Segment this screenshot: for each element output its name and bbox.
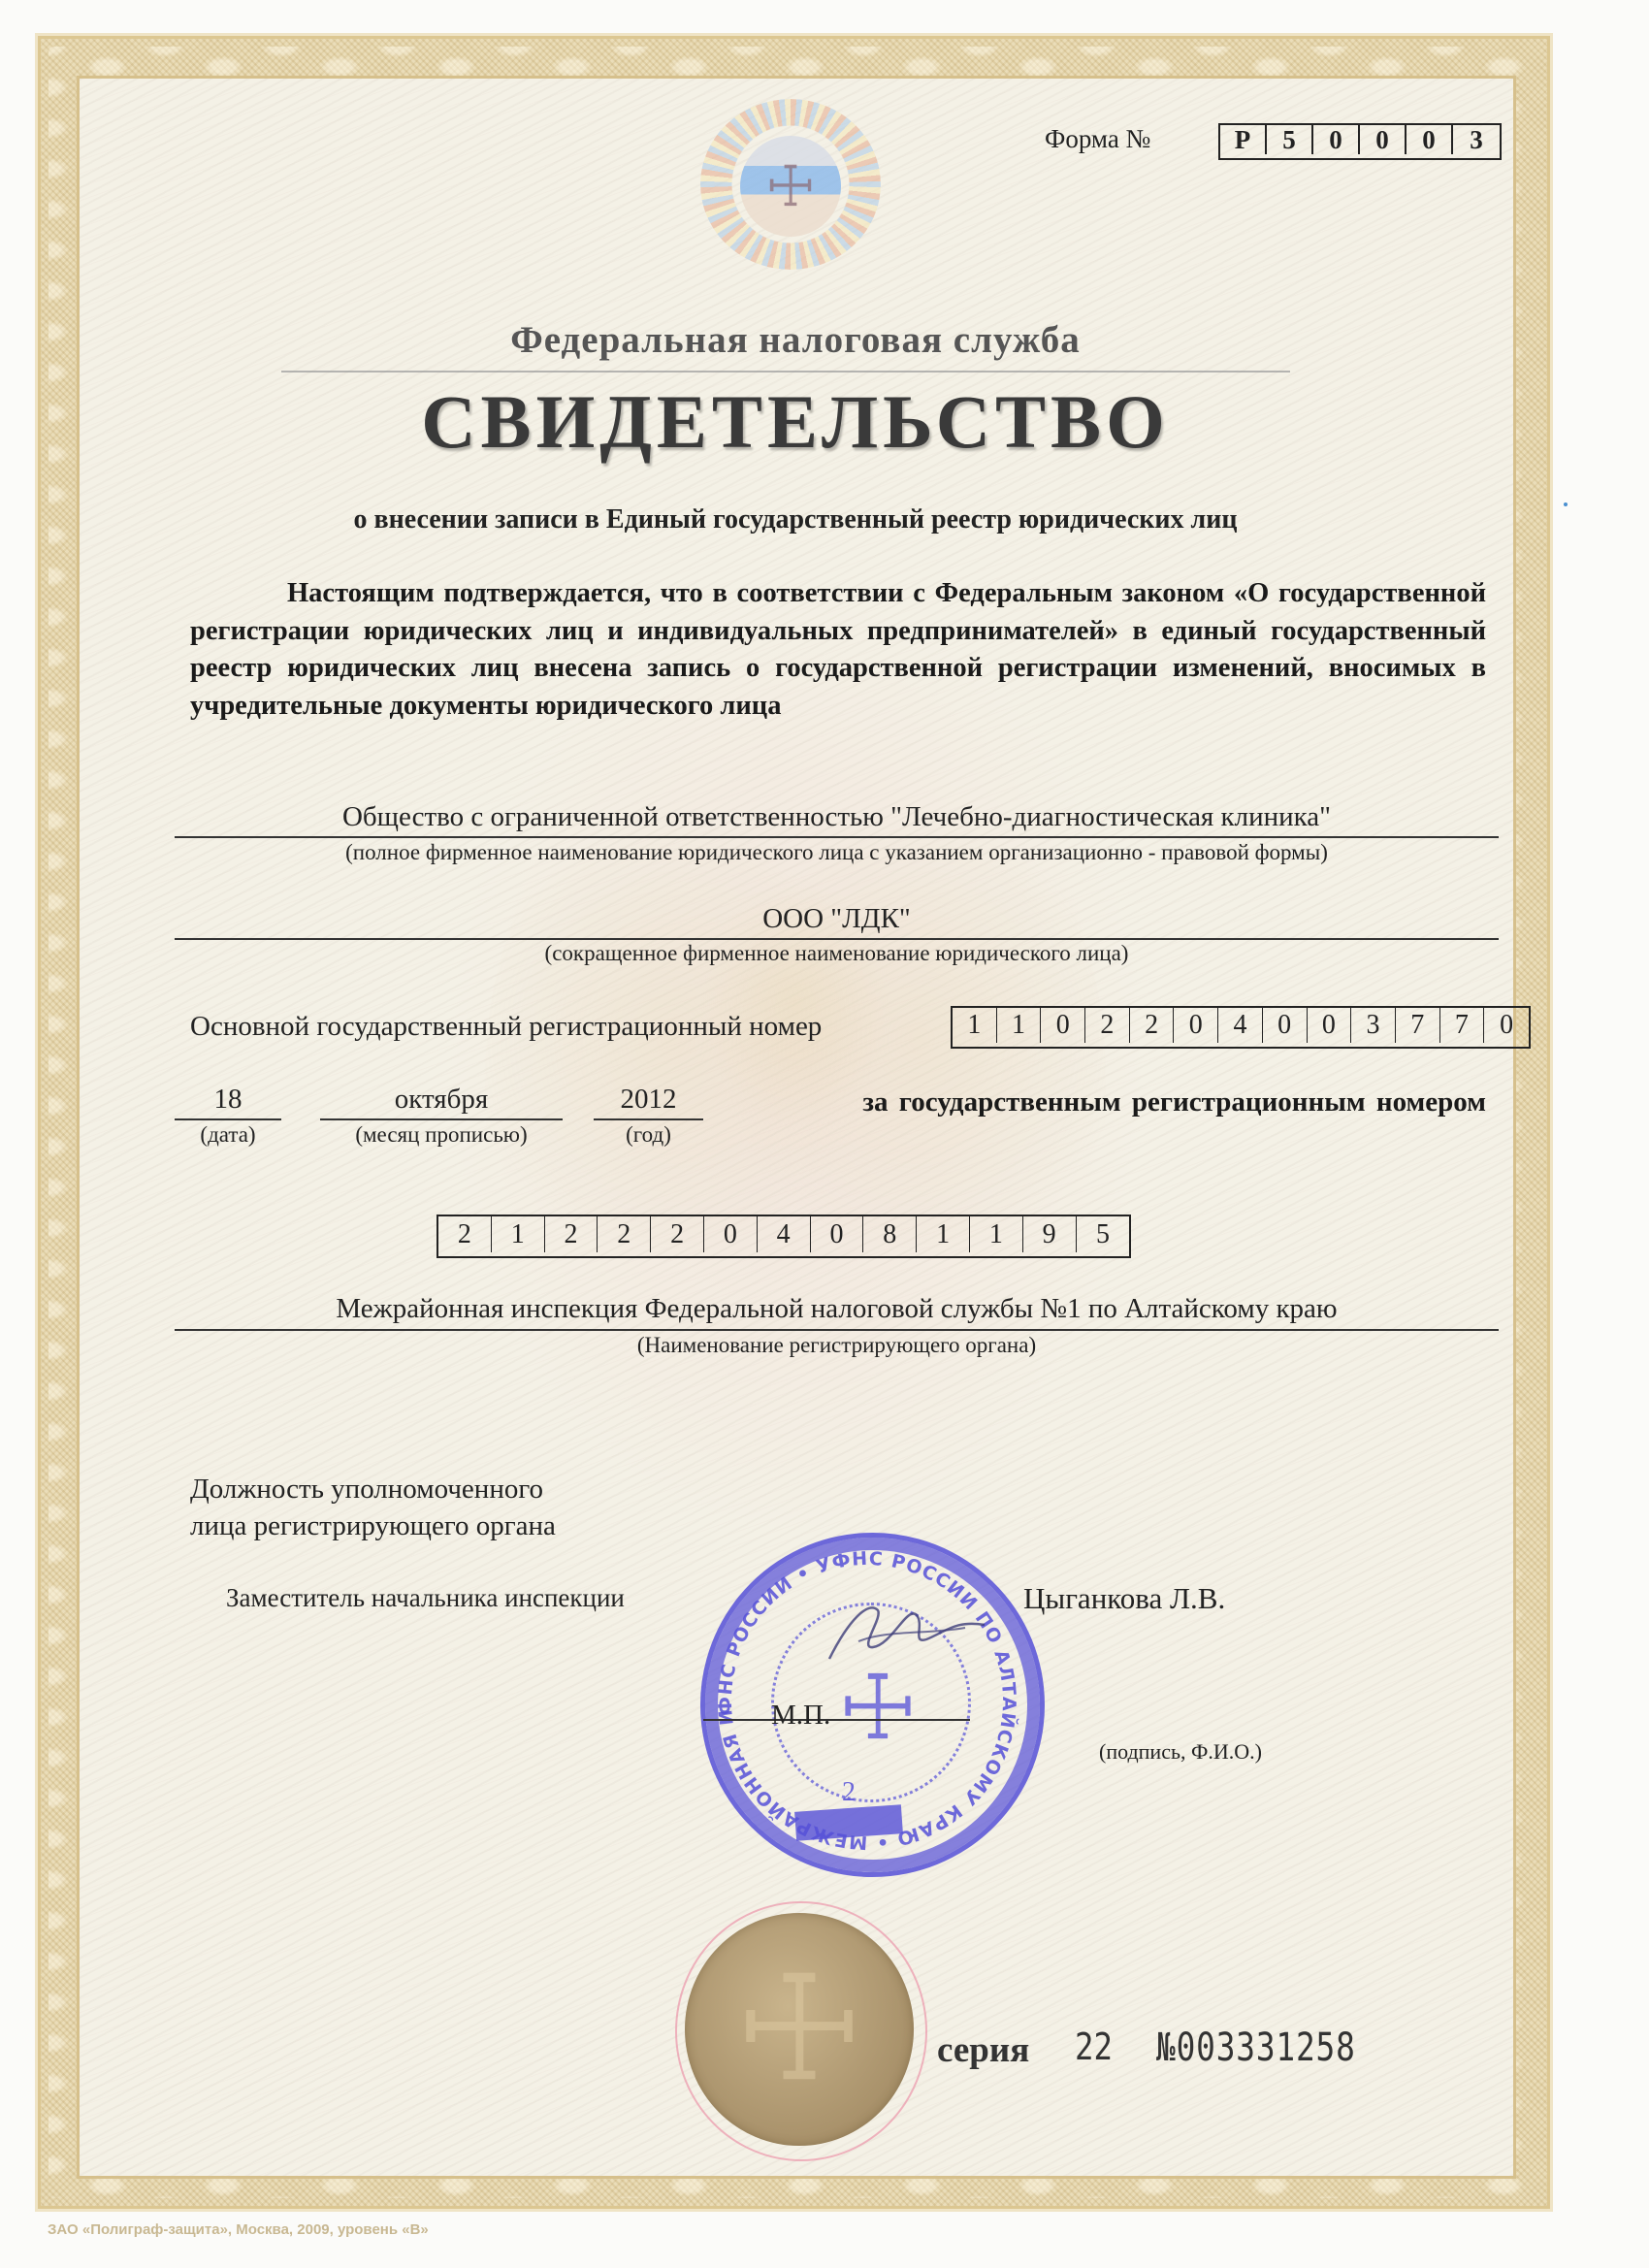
signature-line <box>703 1719 970 1721</box>
document-subtitle: о внесении записи в Единый государственн… <box>0 504 1591 535</box>
grn-digit: 0 <box>811 1216 864 1252</box>
grn-digit: 1 <box>917 1216 970 1252</box>
ogrn-number-boxes: 1102204003770 <box>951 1006 1531 1049</box>
grn-digit: 4 <box>758 1216 811 1252</box>
date-year: 2012 <box>594 1084 703 1116</box>
position-label: Должность уполномоченного лица регистрир… <box>190 1471 556 1544</box>
printer-imprint: ЗАО «Полиграф-защита», Москва, 2009, уро… <box>48 2221 429 2238</box>
position-value: Заместитель начальника инспекции <box>226 1583 625 1613</box>
series-value: 22 <box>1075 2025 1113 2068</box>
grn-digit: 2 <box>598 1216 651 1252</box>
form-number-digit: 0 <box>1406 125 1453 154</box>
authority-line <box>175 1329 1499 1331</box>
ogrn-digit: 1 <box>953 1008 997 1043</box>
ogrn-digit: 4 <box>1218 1008 1263 1043</box>
registering-authority: Межрайонная инспекция Федеральной налого… <box>175 1293 1499 1325</box>
certificate-number: №003331258 <box>1156 2025 1356 2070</box>
ogrn-digit: 0 <box>1174 1008 1218 1043</box>
agency-name: Федеральная налоговая служба <box>0 318 1591 362</box>
ogrn-digit: 0 <box>1263 1008 1308 1043</box>
seal-eagle-icon: ☩ <box>685 1913 914 2146</box>
authority-caption: (Наименование регистрирующего органа) <box>175 1333 1499 1358</box>
date-month: октября <box>320 1084 563 1116</box>
position-label-line1: Должность уполномоченного <box>190 1471 556 1507</box>
form-number-digit: 0 <box>1360 125 1406 154</box>
ogrn-digit: 1 <box>997 1008 1042 1043</box>
grn-digit: 1 <box>492 1216 545 1252</box>
form-number-boxes: Р50003 <box>1218 123 1502 160</box>
handwritten-signature <box>820 1591 994 1669</box>
ogrn-digit: 2 <box>1085 1008 1130 1043</box>
date-day: 18 <box>175 1084 281 1116</box>
coat-of-arms-icon: ☩ <box>740 136 841 237</box>
position-label-line2: лица регистрирующего органа <box>190 1507 556 1544</box>
form-number-digit: 0 <box>1313 125 1360 154</box>
month-line <box>320 1118 563 1120</box>
signature-caption: (подпись, Ф.И.О.) <box>1099 1739 1262 1765</box>
full-name-line <box>175 836 1499 838</box>
grn-digit: 2 <box>545 1216 598 1252</box>
series-label: серия <box>937 2029 1029 2071</box>
title-divider <box>281 371 1290 373</box>
short-name-line <box>175 938 1499 940</box>
entity-full-name: Общество с ограниченной ответственностью… <box>175 801 1499 833</box>
year-line <box>594 1118 703 1120</box>
month-caption: (месяц прописью) <box>320 1122 563 1148</box>
form-number-digit: Р <box>1220 125 1267 154</box>
ogrn-digit: 0 <box>1484 1008 1529 1043</box>
ogrn-digit: 0 <box>1308 1008 1352 1043</box>
short-name-caption: (сокращенное фирменное наименование юрид… <box>175 941 1499 966</box>
grn-label: за государственным регистрационным номер… <box>771 1086 1486 1118</box>
grn-digit: 9 <box>1023 1216 1077 1252</box>
stamp-number: 2 <box>842 1777 856 1808</box>
form-label: Форма № <box>1045 124 1150 154</box>
grn-digit: 2 <box>438 1216 492 1252</box>
ogrn-digit: 2 <box>1130 1008 1175 1043</box>
certification-paragraph: Настоящим подтверждается, что в соответс… <box>190 575 1486 725</box>
entity-short-name: ООО "ЛДК" <box>175 903 1499 935</box>
grn-digit: 1 <box>970 1216 1023 1252</box>
grn-digit: 8 <box>863 1216 917 1252</box>
grn-number-boxes: 2122204081195 <box>436 1215 1131 1258</box>
signer-name: Цыганкова Л.В. <box>1023 1581 1225 1616</box>
form-number-digit: 3 <box>1453 125 1500 154</box>
grn-digit: 0 <box>704 1216 758 1252</box>
ogrn-digit: 0 <box>1041 1008 1085 1043</box>
form-number-digit: 5 <box>1267 125 1313 154</box>
grn-digit: 5 <box>1077 1216 1130 1252</box>
stamp-place-label: М.П. <box>771 1700 830 1732</box>
document-title: СВИДЕТЕЛЬСТВО <box>0 378 1591 466</box>
day-caption: (дата) <box>175 1122 281 1148</box>
day-line <box>175 1118 281 1120</box>
ogrn-digit: 7 <box>1440 1008 1485 1043</box>
ogrn-label: Основной государственный регистрационный… <box>190 1011 822 1043</box>
ogrn-digit: 7 <box>1396 1008 1440 1043</box>
full-name-caption: (полное фирменное наименование юридическ… <box>175 840 1499 865</box>
ogrn-digit: 3 <box>1351 1008 1396 1043</box>
grn-digit: 2 <box>651 1216 704 1252</box>
year-caption: (год) <box>594 1122 703 1148</box>
